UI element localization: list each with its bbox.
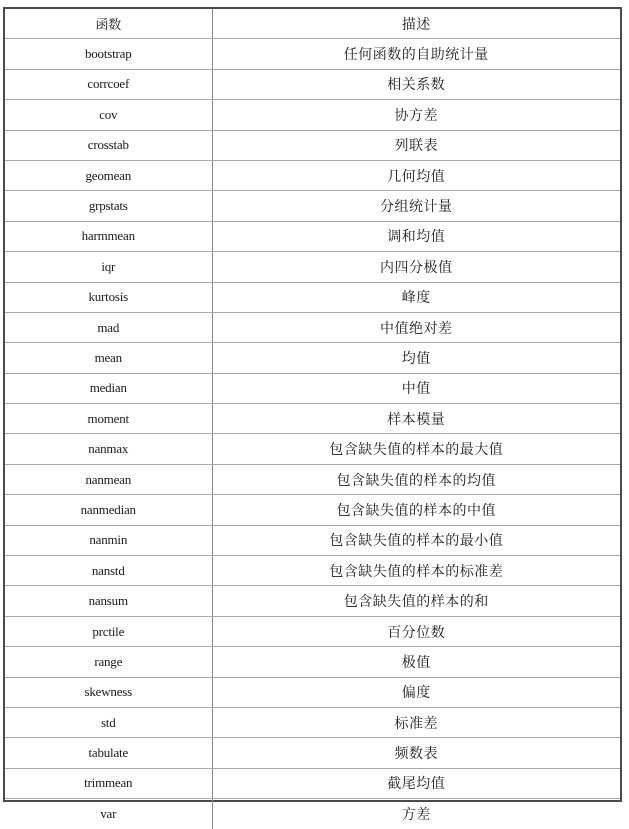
table-row: crosstab列联表 [5, 130, 620, 160]
function-name-cell: moment [5, 404, 212, 434]
table-row: grpstats分组统计量 [5, 191, 620, 221]
function-description-cell: 调和均值 [212, 221, 620, 251]
column-header-function: 函数 [5, 9, 212, 39]
table-row: trimmean截尾均值 [5, 768, 620, 798]
function-description-cell: 几何均值 [212, 160, 620, 190]
function-name-cell: geomean [5, 160, 212, 190]
function-description-cell: 包含缺失值的样本的标准差 [212, 556, 620, 586]
function-name-cell: nanstd [5, 556, 212, 586]
function-description-cell: 列联表 [212, 130, 620, 160]
function-description-cell: 内四分极值 [212, 252, 620, 282]
function-description-cell: 包含缺失值的样本的最大值 [212, 434, 620, 464]
function-name-cell: median [5, 373, 212, 403]
table-row: bootstrap任何函数的自助统计量 [5, 39, 620, 69]
table-row: geomean几何均值 [5, 160, 620, 190]
function-name-cell: nanmin [5, 525, 212, 555]
table-row: range极值 [5, 647, 620, 677]
function-description-cell: 极值 [212, 647, 620, 677]
table-row: nanstd包含缺失值的样本的标准差 [5, 556, 620, 586]
table-row: var方差 [5, 799, 620, 811]
table-row: skewness偏度 [5, 677, 620, 707]
function-name-cell: bootstrap [5, 39, 212, 69]
column-header-description: 描述 [212, 9, 620, 39]
table-row: prctile百分位数 [5, 616, 620, 646]
function-description-cell: 方差 [212, 799, 620, 811]
table-row: moment样本模量 [5, 404, 620, 434]
function-description-cell: 包含缺失值的样本的均值 [212, 464, 620, 494]
table-row: nanmedian包含缺失值的样本的中值 [5, 495, 620, 525]
function-name-cell: skewness [5, 677, 212, 707]
function-name-cell: nansum [5, 586, 212, 616]
function-description-cell: 相关系数 [212, 69, 620, 99]
function-description-cell: 包含缺失值的样本的和 [212, 586, 620, 616]
table-row: mean均值 [5, 343, 620, 373]
function-description-cell: 样本模量 [212, 404, 620, 434]
table-row: std标准差 [5, 707, 620, 737]
statistics-functions-table-container: 函数 描述 bootstrap任何函数的自助统计量corrcoef相关系数cov… [3, 7, 622, 802]
table-row: iqr内四分极值 [5, 252, 620, 282]
function-description-cell: 频数表 [212, 738, 620, 768]
function-name-cell: var [5, 799, 212, 811]
function-name-cell: nanmax [5, 434, 212, 464]
function-name-cell: prctile [5, 616, 212, 646]
function-description-cell: 标准差 [212, 707, 620, 737]
function-name-cell: corrcoef [5, 69, 212, 99]
table-row: nanmin包含缺失值的样本的最小值 [5, 525, 620, 555]
function-description-cell: 包含缺失值的样本的最小值 [212, 525, 620, 555]
function-description-cell: 分组统计量 [212, 191, 620, 221]
function-name-cell: tabulate [5, 738, 212, 768]
function-name-cell: harmmean [5, 221, 212, 251]
table-row: cov协方差 [5, 100, 620, 130]
table-row: harmmean调和均值 [5, 221, 620, 251]
function-description-cell: 包含缺失值的样本的中值 [212, 495, 620, 525]
function-name-cell: crosstab [5, 130, 212, 160]
table-row: nansum包含缺失值的样本的和 [5, 586, 620, 616]
table-row: kurtosis峰度 [5, 282, 620, 312]
table-row: corrcoef相关系数 [5, 69, 620, 99]
function-description-cell: 百分位数 [212, 616, 620, 646]
function-description-cell: 截尾均值 [212, 768, 620, 798]
function-name-cell: grpstats [5, 191, 212, 221]
table-row: nanmax包含缺失值的样本的最大值 [5, 434, 620, 464]
function-name-cell: trimmean [5, 768, 212, 798]
function-description-cell: 偏度 [212, 677, 620, 707]
table-header-row: 函数 描述 [5, 9, 620, 39]
table-row: mad中值绝对差 [5, 312, 620, 342]
function-name-cell: mean [5, 343, 212, 373]
function-description-cell: 均值 [212, 343, 620, 373]
function-name-cell: nanmedian [5, 495, 212, 525]
statistics-functions-table: 函数 描述 bootstrap任何函数的自助统计量corrcoef相关系数cov… [5, 9, 620, 811]
function-name-cell: kurtosis [5, 282, 212, 312]
table-row: median中值 [5, 373, 620, 403]
function-description-cell: 任何函数的自助统计量 [212, 39, 620, 69]
function-name-cell: range [5, 647, 212, 677]
function-description-cell: 协方差 [212, 100, 620, 130]
function-name-cell: iqr [5, 252, 212, 282]
function-name-cell: std [5, 707, 212, 737]
function-name-cell: mad [5, 312, 212, 342]
table-body: bootstrap任何函数的自助统计量corrcoef相关系数cov协方差cro… [5, 39, 620, 811]
table-row: tabulate频数表 [5, 738, 620, 768]
function-name-cell: nanmean [5, 464, 212, 494]
function-name-cell: cov [5, 100, 212, 130]
table-row: nanmean包含缺失值的样本的均值 [5, 464, 620, 494]
function-description-cell: 峰度 [212, 282, 620, 312]
function-description-cell: 中值绝对差 [212, 312, 620, 342]
function-description-cell: 中值 [212, 373, 620, 403]
